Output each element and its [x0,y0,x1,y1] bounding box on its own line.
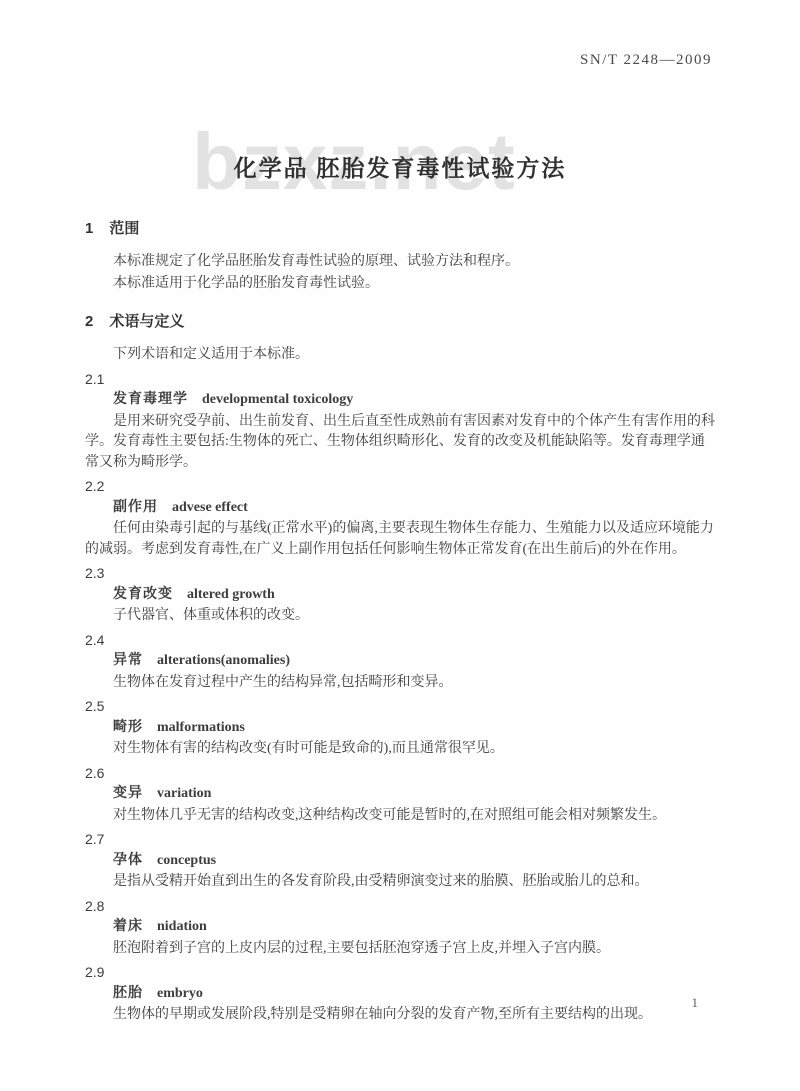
term-name: 胚胎embryo [85,984,715,1005]
term-english: nidation [157,919,207,934]
term-name: 发育改变altered growth [85,585,715,606]
term-chinese: 副作用 [113,500,158,515]
term-chinese: 孕体 [113,853,143,868]
term-english: conceptus [157,853,216,868]
paragraph: 本标准规定了化学品胚胎发育毒性试验的原理、试验方法和程序。 [85,252,715,273]
term-definition: 生物体在发育过程中产生的结构异常,包括畸形和变异。 [85,673,715,694]
paragraph: 下列术语和定义适用于本标准。 [85,345,715,366]
term-name: 异常alterations(anomalies) [85,651,715,672]
term-number: 2.7 [85,829,715,850]
term-english: alterations(anomalies) [157,653,290,668]
term-english: advese effect [172,500,248,515]
term-english: variation [157,786,211,801]
document-title: 化学品 胚胎发育毒性试验方法 [0,150,800,183]
standard-number: SN/T 2248—2009 [580,52,712,69]
section-number: 1 [85,220,93,237]
term-definition: 子代器官、体重或体积的改变。 [85,606,715,627]
term-name: 着床nidation [85,917,715,938]
term-name: 变异variation [85,784,715,805]
term-chinese: 变异 [113,786,143,801]
document-body: 1范围 本标准规定了化学品胚胎发育毒性试验的原理、试验方法和程序。 本标准适用于… [85,217,715,1026]
section-title: 范围 [109,221,139,237]
term-definition: 任何由染毒引起的与基线(正常水平)的偏离,主要表现生物体生存能力、生殖能力以及适… [85,519,715,560]
term-chinese: 畸形 [113,720,143,735]
term-definition: 胚泡附着到子宫的上皮内层的过程,主要包括胚泡穿透子宫上皮,并埋入子宫内膜。 [85,939,715,960]
term-definition: 对生物体几乎无害的结构改变,这种结构改变可能是暂时的,在对照组可能会相对频繁发生… [85,806,715,827]
term-number: 2.4 [85,630,715,651]
document-page: SN/T 2248—2009 bzxz.net 化学品 胚胎发育毒性试验方法 1… [0,0,800,1091]
term-english: embryo [157,986,203,1001]
term-english: malformations [157,720,245,735]
section-title: 术语与定义 [109,314,184,330]
term-number: 2.8 [85,896,715,917]
term-chinese: 着床 [113,919,143,934]
term-chinese: 发育改变 [113,587,173,602]
section-heading-scope: 1范围 [85,217,715,238]
term-definition: 是用来研究受孕前、出生前发育、出生后直至性成熟前有害因素对发育中的个体产生有害作… [85,412,715,474]
term-number: 2.2 [85,476,715,497]
term-chinese: 发育毒理学 [113,392,188,407]
term-number: 2.5 [85,696,715,717]
paragraph: 本标准适用于化学品的胚胎发育毒性试验。 [85,274,715,295]
term-name: 副作用advese effect [85,498,715,519]
term-english: altered growth [187,587,275,602]
term-english: developmental toxicology [202,392,353,407]
term-chinese: 胚胎 [113,986,143,1001]
term-chinese: 异常 [113,653,143,668]
section-number: 2 [85,313,93,330]
term-number: 2.9 [85,962,715,983]
term-definition: 对生物体有害的结构改变(有时可能是致命的),而且通常很罕见。 [85,739,715,760]
term-definition: 是指从受精开始直到出生的各发育阶段,由受精卵演变过来的胎膜、胚胎或胎儿的总和。 [85,872,715,893]
term-number: 2.6 [85,763,715,784]
term-definition: 生物体的早期或发展阶段,特别是受精卵在轴向分裂的发育产物,至所有主要结构的出现。 [85,1005,715,1026]
term-number: 2.1 [85,369,715,390]
term-number: 2.3 [85,563,715,584]
section-heading-terms: 2术语与定义 [85,310,715,331]
term-name: 畸形malformations [85,718,715,739]
term-name: 孕体conceptus [85,851,715,872]
term-name: 发育毒理学developmental toxicology [85,390,715,411]
